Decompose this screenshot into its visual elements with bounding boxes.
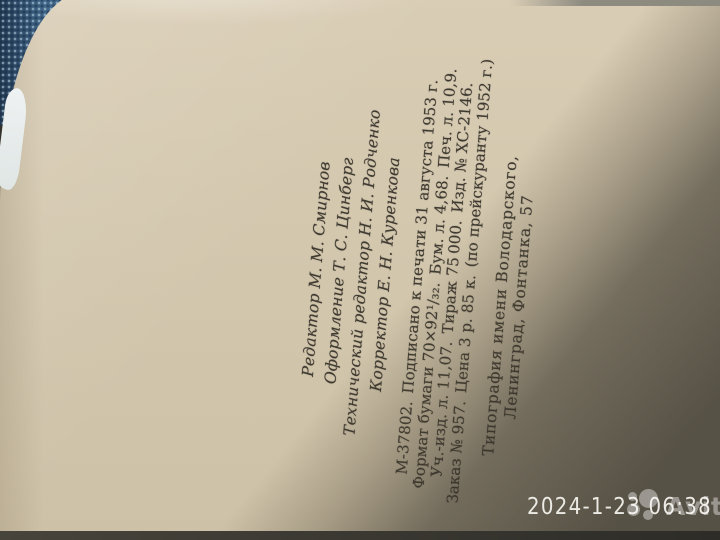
avito-watermark-text: Avito: [666, 492, 720, 521]
avito-logo-circle: [639, 489, 658, 508]
avito-logo-circle: [628, 492, 637, 501]
table-edge-strip: [0, 531, 720, 540]
avito-watermark: Avito: [627, 489, 720, 523]
avito-logo-circle: [643, 510, 653, 520]
avito-logo-circle: [627, 503, 640, 516]
photo-shadow-overlay: [0, 0, 720, 540]
photo-of-book-page: Редактор М. М. Смирнов Оформление Т. С. …: [0, 0, 720, 540]
background-edge-strip: [510, 0, 720, 6]
avito-logo-icon: [627, 489, 663, 523]
